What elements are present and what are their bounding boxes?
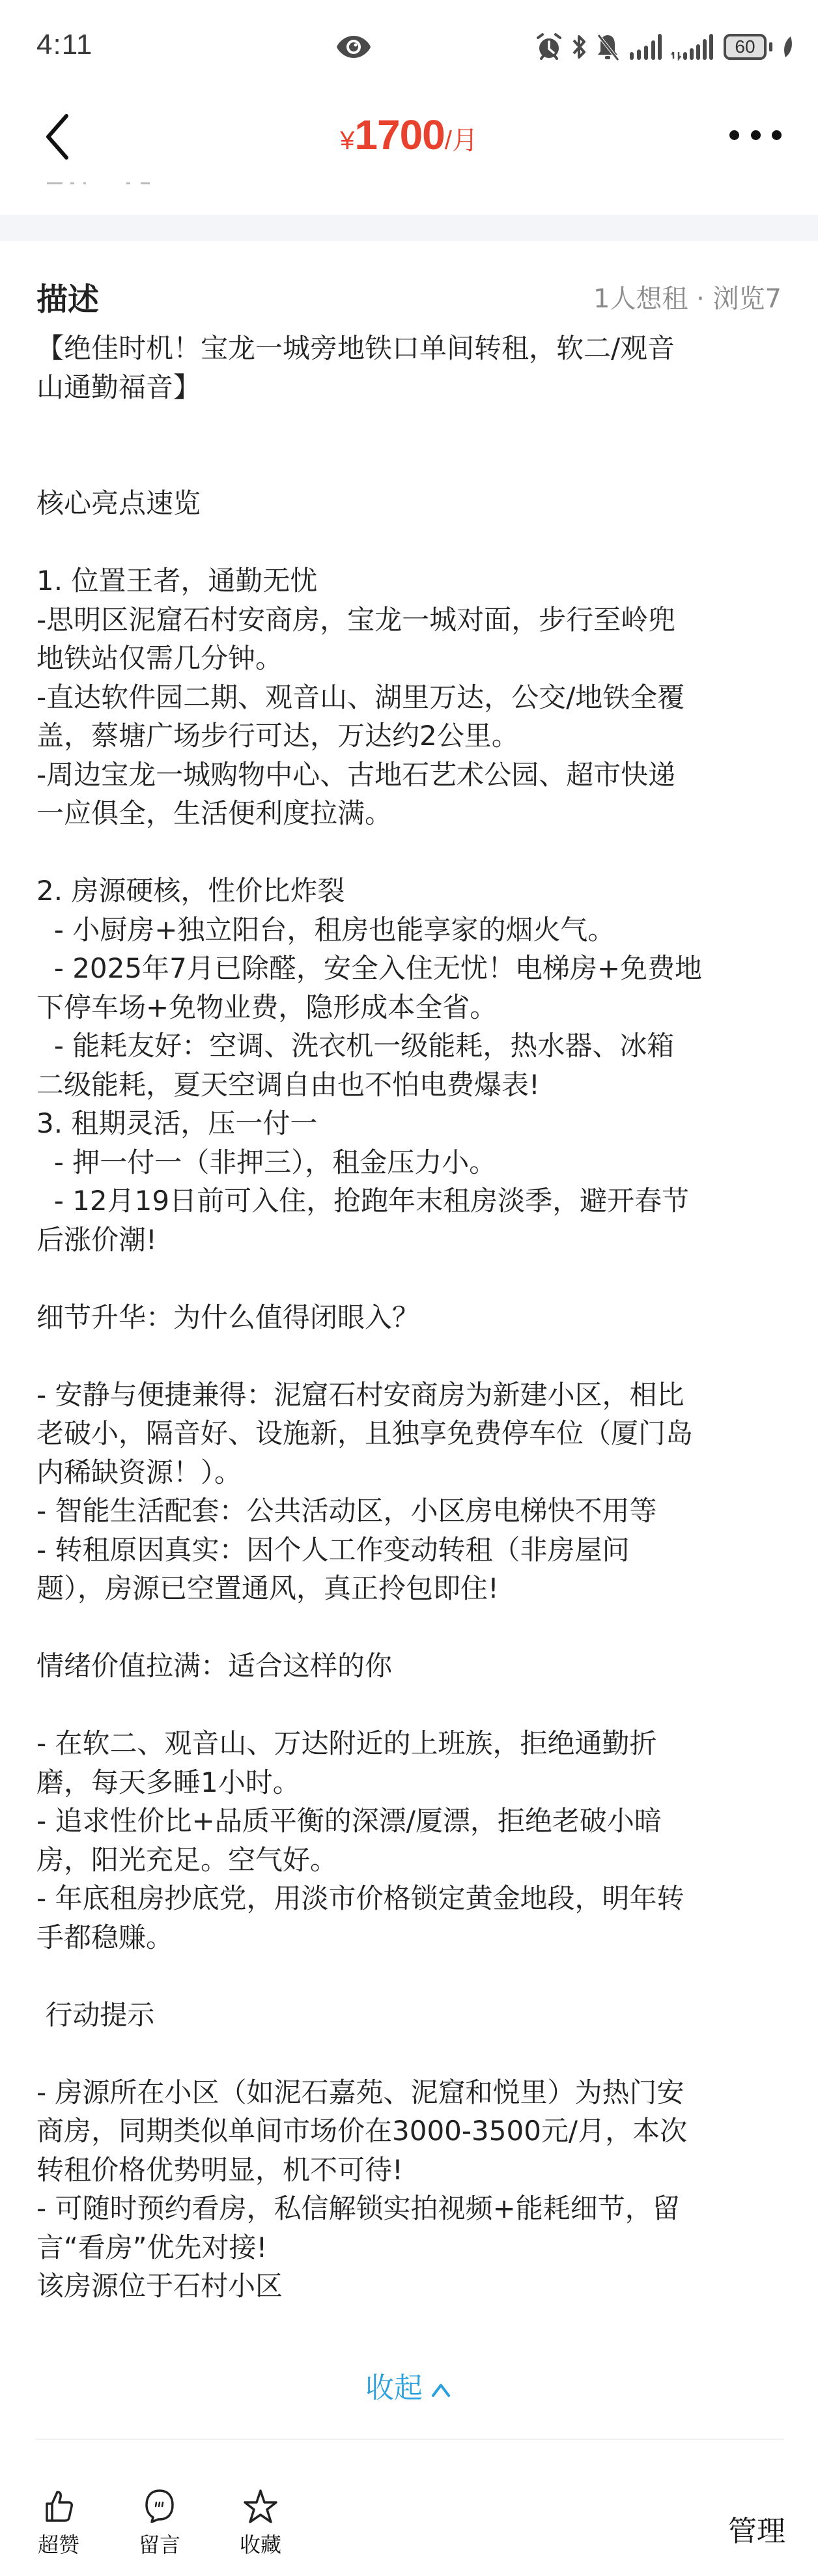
description-line: -直达软件园二期、观音山、湖里万达，公交/地铁全覆 (36, 678, 785, 717)
description-body: 【绝佳时机！宝龙一城旁地铁口单间转租，软二/观音山通勤福音】核心亮点速览1. 位… (36, 329, 785, 2306)
price-amount: 1700 (354, 111, 444, 158)
like-label: 超赞 (38, 2528, 79, 2558)
description-line: 老破小，隔音好、设施新，且独享免费停车位（厦门岛 (36, 1414, 785, 1453)
description-line: 房，阳光充足。空气好。 (36, 1841, 785, 1880)
description-line: -周边宝龙一城购物中心、古地石艺术公园、超市快递 (36, 756, 785, 795)
comment-button[interactable]: 留言 (134, 2488, 186, 2558)
price-title: ¥1700/月 (0, 111, 818, 159)
description-line: - 可随时预约看房，私信解锁实拍视频+能耗细节，留 (36, 2189, 785, 2228)
leaf-icon (782, 33, 795, 61)
view-stats: 1人想租 · 浏览7 (593, 278, 782, 315)
price-symbol: ¥ (340, 126, 354, 155)
status-icons: 60 (536, 33, 795, 61)
description-line: 商房，同期类似单间市场价在3000-3500元/月，本次 (36, 2112, 785, 2151)
blank-line (36, 1259, 785, 1298)
blank-line (36, 1337, 785, 1376)
description-line: 3. 租期灵活，压一付一 (36, 1104, 785, 1143)
signal-data-icon (671, 33, 714, 61)
comment-label: 留言 (139, 2528, 180, 2558)
description-line: - 12月19日前可入住，抢跑年末租房淡季，避开春节 (36, 1182, 785, 1221)
blank-line (36, 833, 785, 872)
description-line: 二级能耗，夏天空调自由也不怕电费爆表! (36, 1066, 785, 1105)
scrolled-content-remnant (47, 182, 151, 185)
favorite-label: 收藏 (240, 2528, 281, 2558)
description-line: - 押一付一（非押三），租金压力小。 (36, 1143, 785, 1182)
blank-line (36, 523, 785, 562)
status-bar: 4:11 (0, 0, 818, 78)
description-line: 题），房源已空置通风，真正拎包即住! (36, 1569, 785, 1608)
like-button[interactable]: 超赞 (33, 2488, 85, 2558)
eye-icon (335, 34, 372, 60)
blank-line (36, 1957, 785, 1996)
description-line: - 在软二、观音山、万达附近的上班族，拒绝通勤折 (36, 1724, 785, 1763)
description-line: 情绪价值拉满：适合这样的你 (36, 1647, 785, 1686)
description-line: 磨，每天多睡1小时。 (36, 1763, 785, 1802)
price-unit: /月 (445, 126, 478, 155)
bottom-action-bar: 超赞 留言 收藏 管理 (0, 2488, 818, 2566)
description-line: 地铁站仅需几分钟。 (36, 639, 785, 678)
description-line: 2. 房源硬核，性价比炸裂 (36, 871, 785, 911)
description-line: 【绝佳时机！宝龙一城旁地铁口单间转租，软二/观音 (36, 329, 785, 368)
description-line: 1. 位置王者，通勤无忧 (36, 561, 785, 601)
description-line: 核心亮点速览 (36, 484, 785, 523)
blank-line (36, 406, 785, 446)
comment-bubble-icon (141, 2488, 178, 2525)
description-line: 盖，蔡塘广场步行可达，万达约2公里。 (36, 716, 785, 756)
description-line: 山通勤福音】 (36, 368, 785, 407)
more-options-button[interactable] (729, 125, 782, 145)
description-line: - 小厨房+独立阳台，租房也能享家的烟火气。 (36, 911, 785, 950)
bell-muted-icon (596, 33, 619, 61)
description-line: 一应俱全，生活便利度拉满。 (36, 794, 785, 833)
description-line: 细节升华：为什么值得闭眼入？ (36, 1298, 785, 1337)
description-line: 转租价格优势明显，机不可待! (36, 2151, 785, 2190)
description-line: 言“看房”优先对接! (36, 2228, 785, 2267)
description-line: - 年底租房抄底党，用淡市价格锁定黄金地段，明年转 (36, 1879, 785, 1918)
description-line: - 安静与便捷兼得：泥窟石村安商房为新建小区，相比 (36, 1376, 785, 1415)
battery-level: 60 (724, 34, 767, 60)
chevron-up-icon (429, 2380, 453, 2399)
blank-line (36, 446, 785, 485)
description-line: 后涨价潮! (36, 1221, 785, 1260)
description-line: - 转租原因真实：因个人工作变动转租（非房屋问 (36, 1531, 785, 1570)
description-line: 行动提示 (36, 1996, 785, 2035)
description-line: 下停车场+免物业费，隐形成本全省。 (36, 988, 785, 1027)
favorite-button[interactable]: 收藏 (234, 2488, 287, 2558)
blank-line (36, 1686, 785, 1725)
description-line: 手都稳赚。 (36, 1918, 785, 1957)
description-line: -思明区泥窟石村安商房，宝龙一城对面，步行至岭兜 (36, 601, 785, 640)
description-line: 内稀缺资源！）。 (36, 1453, 785, 1492)
bluetooth-icon (571, 33, 587, 61)
description-line: - 房源所在小区（如泥石嘉苑、泥窟和悦里）为热门安 (36, 2073, 785, 2112)
description-line: 该房源位于石村小区 (36, 2267, 785, 2306)
description-line: - 智能生活配套：公共活动区，小区房电梯快不用等 (36, 1492, 785, 1531)
more-dots-icon (729, 130, 739, 140)
manage-button[interactable]: 管理 (728, 2508, 785, 2549)
status-time: 4:11 (36, 29, 92, 61)
section-separator (0, 215, 818, 241)
blank-line (36, 2034, 785, 2073)
divider (35, 2439, 784, 2440)
section-title: 描述 (36, 274, 99, 319)
alarm-icon (536, 33, 562, 61)
description-line: - 能耗友好：空调、洗衣机一级能耗，热水器、冰箱 (36, 1026, 785, 1066)
collapse-label: 收起 (365, 2371, 423, 2405)
description-header: 描述 1人想租 · 浏览7 (36, 274, 782, 319)
signal-icon (628, 33, 662, 61)
description-line: - 追求性价比+品质平衡的深漂/厦漂，拒绝老破小暗 (36, 1802, 785, 1841)
nav-bar: ¥1700/月 (0, 85, 818, 182)
blank-line (36, 1608, 785, 1647)
star-icon (242, 2488, 279, 2525)
thumbs-up-icon (40, 2488, 77, 2525)
description-line: - 2025年7月已除醛，安全入住无忧！电梯房+免费地 (36, 949, 785, 988)
battery-icon: 60 (724, 34, 772, 60)
collapse-button[interactable]: 收起 (0, 2364, 818, 2406)
